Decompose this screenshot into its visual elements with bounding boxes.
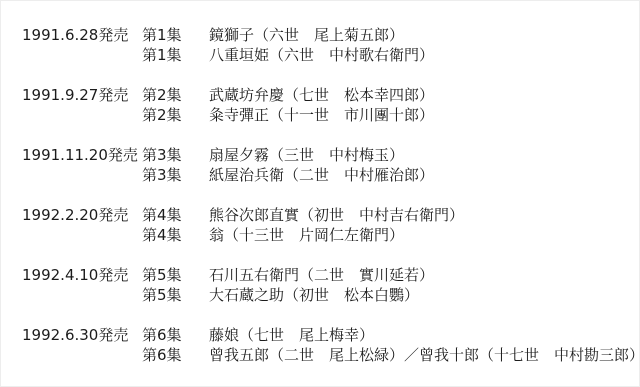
release-row: 第1集 八重垣姫（六世 中村歌右衛門） — [22, 45, 639, 65]
release-date: 1992.4.10発売 — [22, 265, 142, 285]
release-date: 1991.11.20発売 — [22, 145, 142, 165]
title-text: 粂寺彈正（十一世 市川團十郎） — [209, 105, 639, 125]
release-row: 1992.2.20発売 第4集 熊谷次郎直實（初世 中村吉右衛門） — [22, 205, 639, 225]
release-row: 1992.6.30発売 第6集 藤娘（七世 尾上梅幸） — [22, 325, 639, 345]
release-date: 1992.2.20発売 — [22, 205, 142, 225]
title-text: 大石蔵之助（初世 松本白鸚） — [209, 285, 639, 305]
release-section: 1992.2.20発売 第4集 熊谷次郎直實（初世 中村吉右衛門） 第4集 翁（… — [22, 205, 639, 245]
release-date: 1992.6.30発売 — [22, 325, 142, 345]
release-date: 1991.6.28発売 — [22, 25, 142, 45]
release-row: 1991.11.20発売 第3集 扇屋夕霧（三世 中村梅玉） — [22, 145, 639, 165]
release-section: 1991.9.27発売 第2集 武蔵坊弁慶（七世 松本幸四郎） 第2集 粂寺彈正… — [22, 85, 639, 125]
volume-label: 第6集 — [142, 345, 209, 365]
release-row: 1992.4.10発売 第5集 石川五右衛門（二世 實川延若） — [22, 265, 639, 285]
title-text: 翁（十三世 片岡仁左衛門） — [209, 225, 639, 245]
release-date-empty — [22, 345, 142, 365]
release-row: 第5集 大石蔵之助（初世 松本白鸚） — [22, 285, 639, 305]
volume-label: 第2集 — [142, 105, 209, 125]
volume-label: 第5集 — [142, 265, 209, 285]
volume-label: 第1集 — [142, 25, 209, 45]
title-text: 紙屋治兵衛（二世 中村雁治郎） — [209, 165, 639, 185]
release-row: 第6集 曾我五郎（二世 尾上松緑）／曾我十郎（十七世 中村勘三郎） — [22, 345, 639, 365]
title-text: 曾我五郎（二世 尾上松緑）／曾我十郎（十七世 中村勘三郎） — [209, 345, 640, 365]
release-section: 1992.6.30発売 第6集 藤娘（七世 尾上梅幸） 第6集 曾我五郎（二世 … — [22, 325, 639, 365]
release-row: 第3集 紙屋治兵衛（二世 中村雁治郎） — [22, 165, 639, 185]
volume-label: 第4集 — [142, 205, 209, 225]
volume-label: 第6集 — [142, 325, 209, 345]
release-date-empty — [22, 285, 142, 305]
volume-label: 第4集 — [142, 225, 209, 245]
title-text: 藤娘（七世 尾上梅幸） — [209, 325, 639, 345]
release-section: 1991.11.20発売 第3集 扇屋夕霧（三世 中村梅玉） 第3集 紙屋治兵衛… — [22, 145, 639, 185]
release-row: 1991.9.27発売 第2集 武蔵坊弁慶（七世 松本幸四郎） — [22, 85, 639, 105]
release-section: 1992.4.10発売 第5集 石川五右衛門（二世 實川延若） 第5集 大石蔵之… — [22, 265, 639, 305]
volume-label: 第2集 — [142, 85, 209, 105]
title-text: 鏡獅子（六世 尾上菊五郎） — [209, 25, 639, 45]
release-date-empty — [22, 225, 142, 245]
release-row: 第4集 翁（十三世 片岡仁左衛門） — [22, 225, 639, 245]
title-text: 扇屋夕霧（三世 中村梅玉） — [209, 145, 639, 165]
volume-label: 第1集 — [142, 45, 209, 65]
release-date-empty — [22, 165, 142, 185]
release-row: 1991.6.28発売 第1集 鏡獅子（六世 尾上菊五郎） — [22, 25, 639, 45]
title-text: 熊谷次郎直實（初世 中村吉右衛門） — [209, 205, 639, 225]
release-row: 第2集 粂寺彈正（十一世 市川團十郎） — [22, 105, 639, 125]
release-date-empty — [22, 105, 142, 125]
title-text: 石川五右衛門（二世 實川延若） — [209, 265, 639, 285]
release-list: 1991.6.28発売 第1集 鏡獅子（六世 尾上菊五郎） 第1集 八重垣姫（六… — [0, 0, 640, 387]
title-text: 武蔵坊弁慶（七世 松本幸四郎） — [209, 85, 639, 105]
volume-label: 第3集 — [142, 145, 209, 165]
release-section: 1991.6.28発売 第1集 鏡獅子（六世 尾上菊五郎） 第1集 八重垣姫（六… — [22, 25, 639, 65]
release-date-empty — [22, 45, 142, 65]
title-text: 八重垣姫（六世 中村歌右衛門） — [209, 45, 639, 65]
volume-label: 第3集 — [142, 165, 209, 185]
release-date: 1991.9.27発売 — [22, 85, 142, 105]
volume-label: 第5集 — [142, 285, 209, 305]
